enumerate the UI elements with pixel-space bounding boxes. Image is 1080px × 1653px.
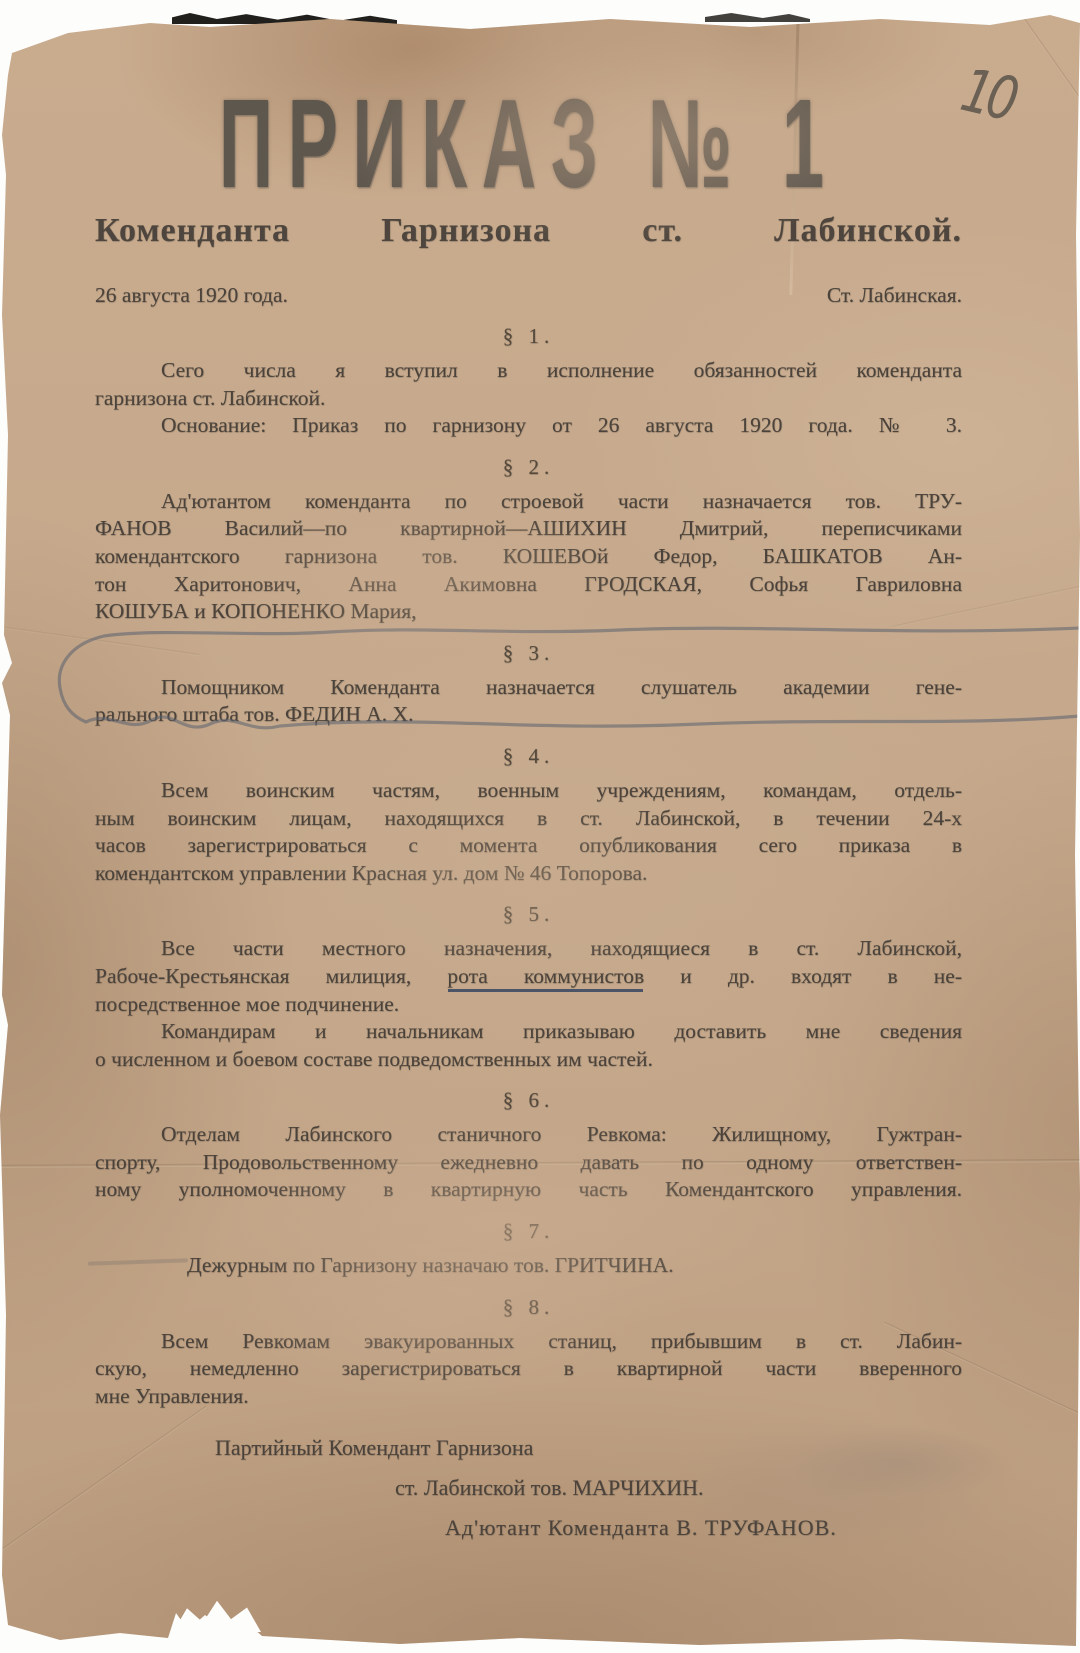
text-line: о численном и боевом составе подведомств… — [95, 1046, 962, 1074]
date-issued: 26 августа 1920 года. — [95, 281, 288, 309]
signature-line-adjutant: Ад'ютант Коменданта В. ТРУФАНОВ. — [445, 1508, 962, 1548]
text-line: Всем Ревкомам эвакуированных станиц, при… — [95, 1328, 962, 1356]
text-line: Основание: Приказ по гарнизону от 26 авг… — [95, 412, 962, 440]
text-line: Рабоче-Крестьянская милиция, рота коммун… — [95, 963, 962, 991]
text-line: комендантском управлении Красная ул. дом… — [95, 860, 962, 888]
section-6: § 6. Отделам Лабинского станичного Ревко… — [95, 1073, 962, 1204]
section-4: § 4. Всем воинским частям, военным учреж… — [95, 729, 962, 887]
section-5: § 5. Все части местного назначения, нахо… — [95, 887, 962, 1073]
section-heading: § 4. — [95, 743, 962, 769]
signature-line-commandant: Партийный Комендант Гарнизона — [215, 1428, 962, 1468]
signature-block: Партийный Комендант Гарнизона ст. Лабинс… — [95, 1428, 962, 1548]
text-line: Все части местного назначения, находящие… — [95, 935, 962, 963]
text-line: Сего числа я вступил в исполнение обязан… — [95, 357, 962, 385]
text-line: часов зарегистрироваться с момента опубл… — [95, 832, 962, 860]
text-line: ным воинским лицам, находящихся в ст. Ла… — [95, 805, 962, 833]
torn-edge-dark-backing — [705, 12, 810, 22]
section-3: § 3. Помощником Коменданта назначается с… — [95, 626, 962, 729]
text-line: спорту, Продовольственному ежедневно дав… — [95, 1149, 962, 1177]
signature-line-marchikhin: ст. Лабинской тов. МАРЧИХИН. — [395, 1468, 962, 1508]
section-7: § 7. Дежурным по Гарнизону назначаю тов.… — [95, 1204, 962, 1280]
text-line: Ад'ютантом коменданта по строевой части … — [95, 488, 962, 516]
section-heading: § 2. — [95, 454, 962, 480]
text-line: гарнизона ст. Лабинской. — [95, 385, 962, 413]
text-line: комендантского гарнизона тов. КОШЕВОй Фе… — [95, 543, 962, 571]
text-line: Отделам Лабинского станичного Ревкома: Ж… — [95, 1121, 962, 1149]
text-line: рального штаба тов. ФЕДИН А. Х. — [95, 701, 962, 729]
text-line: посредственное мое подчинение. — [95, 991, 962, 1019]
document-title: ПРИКАЗ № 1 — [138, 79, 918, 274]
section-heading: § 5. — [95, 901, 962, 927]
text-line: Дежурным по Гарнизону назначаю тов. ГРИТ… — [95, 1252, 962, 1280]
text-segment: и др. входят в не- — [644, 964, 962, 988]
text-line: мне Управления. — [95, 1383, 962, 1411]
section-1: § 1. Сего числа я вступил в исполнение о… — [95, 309, 962, 440]
dateline: 26 августа 1920 года. Ст. Лабинская. — [95, 281, 962, 309]
text-segment: Рабоче-Крестьянская милиция, — [95, 964, 447, 988]
text-line: ФАНОВ Василий—по квартирной—АШИХИН Дмитр… — [95, 515, 962, 543]
scan-background: ПРИКАЗ № 1 Коменданта Гарнизона ст. Лаби… — [0, 0, 1080, 1653]
section-heading: § 3. — [95, 640, 962, 666]
ink-underline: рота коммунистов — [447, 964, 644, 989]
section-2: § 2. Ад'ютантом коменданта по строевой ч… — [95, 440, 962, 626]
section-8: § 8. Всем Ревкомам эвакуированных станиц… — [95, 1280, 962, 1411]
text-line: ному уполномоченному в квартирную часть … — [95, 1176, 962, 1204]
text-line: Всем воинским частям, военным учреждения… — [95, 777, 962, 805]
place-issued: Ст. Лабинская. — [827, 281, 962, 309]
text-line: КОШУБА и КОПОНЕНКО Мария, — [95, 598, 962, 626]
text-line: Помощником Коменданта назначается слушат… — [95, 674, 962, 702]
text-line: тон Харитонович, Анна Акимовна ГРОДСКАЯ,… — [95, 571, 962, 599]
section-heading: § 7. — [95, 1218, 962, 1244]
section-heading: § 8. — [95, 1294, 962, 1320]
text-line: скую, немедленно зарегистрироваться в кв… — [95, 1355, 962, 1383]
section-heading: § 1. — [95, 323, 962, 349]
document-page: ПРИКАЗ № 1 Коменданта Гарнизона ст. Лаби… — [0, 15, 1080, 1646]
text-line: Командирам и начальникам приказываю дост… — [95, 1018, 962, 1046]
section-heading: § 6. — [95, 1087, 962, 1113]
